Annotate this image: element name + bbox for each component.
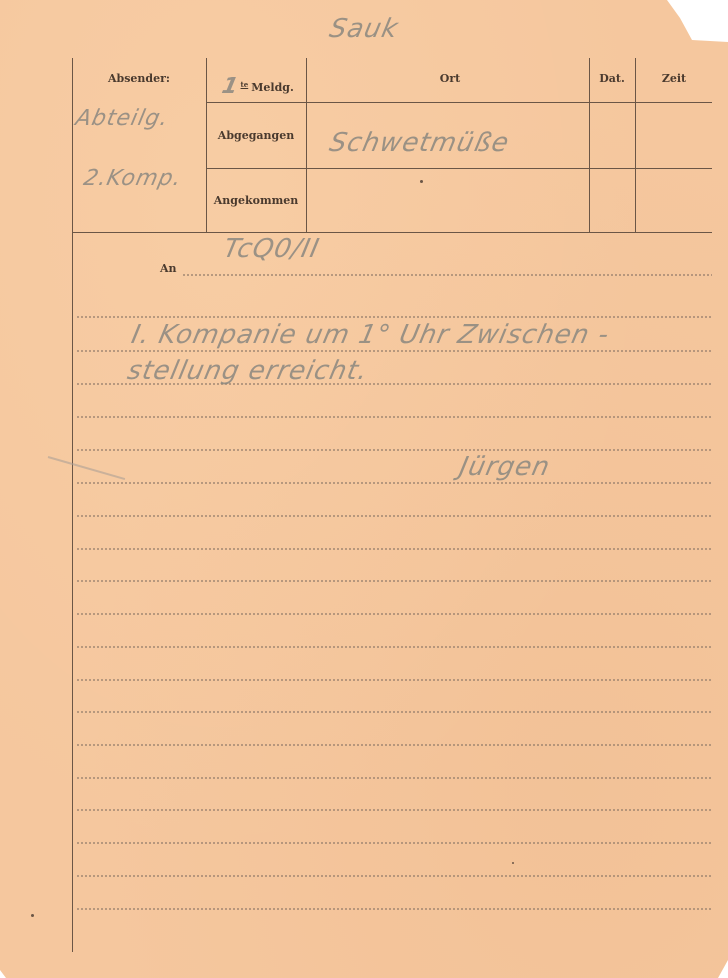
ruled-line xyxy=(76,515,712,517)
abgegangen-ort-value: Schwetmüße xyxy=(327,128,512,158)
recipient-value: TcQ0/II xyxy=(221,234,322,264)
ruled-line xyxy=(76,449,712,451)
ruled-line xyxy=(76,613,712,615)
row-label-abgegangen: Abgegangen xyxy=(218,129,294,142)
ruled-line xyxy=(76,646,712,648)
recipient-label: An xyxy=(160,262,177,275)
ruled-line xyxy=(76,908,712,910)
table-row-rule-1 xyxy=(206,102,712,103)
ink-speck xyxy=(31,914,34,917)
ruled-line xyxy=(76,316,712,318)
table-divider-1 xyxy=(206,58,207,232)
column-header-ort: Ort xyxy=(440,72,460,85)
column-header-zeit: Zeit xyxy=(662,72,686,85)
message-line-1: I. Kompanie um 1° Uhr Zwischen - xyxy=(129,320,612,350)
ruled-line xyxy=(76,842,712,844)
ruled-line xyxy=(76,416,712,418)
stray-pencil-mark xyxy=(48,456,125,480)
signature: Jürgen xyxy=(457,452,553,482)
header-annotation: Sauk xyxy=(327,14,401,44)
ruled-line xyxy=(76,711,712,713)
ink-speck xyxy=(420,180,423,183)
message-form-paper: Sauk Absender: 1teMeldg. Ort Dat. Zeit A… xyxy=(0,0,728,978)
ruled-line xyxy=(76,744,712,746)
table-divider-2 xyxy=(306,58,307,232)
ruled-line xyxy=(76,548,712,550)
table-divider-3 xyxy=(589,58,590,232)
ruled-line xyxy=(76,350,712,352)
ruled-line xyxy=(76,777,712,779)
ruled-line xyxy=(76,580,712,582)
table-row-rule-2 xyxy=(206,168,712,169)
message-number-label: 1teMeldg. xyxy=(222,72,294,97)
left-margin-rule xyxy=(72,58,73,952)
row-label-angekommen: Angekommen xyxy=(214,194,298,207)
meldung-label: Meldg. xyxy=(251,81,294,94)
table-divider-4 xyxy=(635,58,636,232)
ruled-line xyxy=(76,679,712,681)
ink-speck xyxy=(512,862,514,864)
sender-value-line1: Abteilg. xyxy=(73,106,171,131)
sender-value-line2: 2.Komp. xyxy=(81,166,184,191)
message-number-value: 1 xyxy=(220,74,242,99)
message-line-2: stellung erreicht. xyxy=(125,356,371,386)
ruled-line xyxy=(76,482,712,484)
recipient-dotted-line xyxy=(182,274,712,276)
ruled-line xyxy=(76,809,712,811)
table-bottom-rule xyxy=(72,232,712,233)
ruled-line xyxy=(76,875,712,877)
column-header-datum: Dat. xyxy=(599,72,625,85)
sender-label: Absender: xyxy=(108,72,170,85)
ordinal-suffix: te xyxy=(241,80,249,89)
